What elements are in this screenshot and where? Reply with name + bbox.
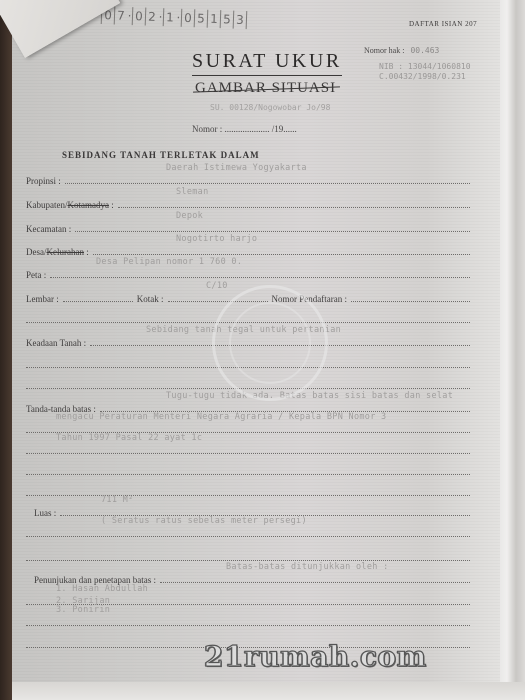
field-value: C/10	[206, 281, 228, 291]
field-peta: Peta : Desa Pelipan nomor 1 760 0.	[26, 266, 470, 280]
field-label: Kecamatan :	[26, 224, 71, 234]
blank-line	[26, 356, 470, 370]
dotted-line	[26, 321, 470, 323]
dotted-line	[118, 206, 470, 208]
field-tanda-batas-line: Tahun 1997 Pasal 22 ayat 1c	[26, 442, 470, 456]
dotted-line	[160, 581, 470, 583]
blank-line	[26, 463, 470, 477]
section-heading: SEBIDANG TANAH TERLETAK DALAM	[62, 150, 260, 160]
reg-digit-box: 7	[114, 6, 128, 24]
field-kecamatan: Kecamatan : Depok	[26, 220, 470, 234]
field-propinsi: Propinsi : Daerah Istimewa Yogyakarta	[26, 172, 470, 186]
dotted-line	[26, 387, 470, 389]
field-label: Kabupaten/Kotamadya :	[26, 200, 114, 210]
su-reference: SU. 00128/Nogowobar Jo/98	[210, 103, 330, 112]
form-code: DAFTAR ISIAN 207	[409, 20, 477, 28]
nomor-line: Nomor : .................... /19......	[192, 124, 297, 134]
label-suffix: :	[109, 200, 114, 210]
land-certificate-page: 04·07·02·1·05153 DAFTAR ISIAN 207 SURAT …	[12, 0, 500, 690]
dotted-line	[50, 276, 470, 278]
dotted-line	[63, 301, 133, 302]
photo-scene: 04·07·02·1·05153 DAFTAR ISIAN 207 SURAT …	[0, 0, 525, 700]
blank-line	[26, 377, 470, 391]
field-value: 1. Hasan Abdullah	[56, 584, 148, 594]
reg-digit-box: 3	[233, 11, 248, 29]
dotted-line	[65, 182, 470, 184]
site-watermark: 21rumah.com	[204, 640, 427, 673]
field-value: Sleman	[176, 187, 209, 197]
field-penunjukan-line: 2. Sarijan 3. Ponirin	[26, 614, 470, 628]
field-kabupaten: Kabupaten/Kotamadya : Sleman	[26, 196, 470, 210]
dotted-line	[26, 366, 470, 368]
dotted-line	[93, 253, 470, 255]
field-value: Desa Pelipan nomor 1 760 0.	[96, 257, 242, 267]
field-label: Peta :	[26, 270, 46, 280]
nomor-pendaftaran-label: Nomor Pendaftaran :	[272, 294, 347, 304]
field-value: ( Seratus ratus sebelas meter persegi)	[101, 516, 307, 526]
paper-bottom-edge	[12, 682, 525, 700]
label-plain: Desa/	[26, 247, 47, 257]
reg-digit-box: 0	[181, 9, 195, 27]
nomor-hak: Nomor hak : 00.463	[364, 46, 439, 55]
kotak-label: Kotak :	[137, 294, 164, 304]
document-subtitle-struck: GAMBAR SITUASI	[195, 80, 336, 97]
field-value: Daerah Istimewa Yogyakarta	[166, 163, 307, 173]
field-value: Batas-batas ditunjukkan oleh :	[226, 562, 389, 572]
label-struck: Kelurahan	[47, 247, 84, 257]
blank-line	[26, 484, 470, 498]
label-plain: Kabupaten/	[26, 200, 67, 210]
field-value: Depok	[176, 211, 203, 221]
field-label: Keadaan Tanah :	[26, 338, 86, 348]
label-struck: Kotamadya	[67, 200, 108, 210]
field-luas-line: ( Seratus ratus sebelas meter persegi)	[26, 525, 470, 539]
dotted-line	[26, 624, 470, 626]
reg-digit-box: 0	[132, 7, 146, 25]
dotted-line	[26, 452, 470, 454]
dotted-line	[26, 535, 470, 537]
lembar-label: Lembar :	[26, 294, 59, 304]
field-value: Sebidang tanah tegal untuk pertanian	[146, 325, 341, 335]
nomor-hak-value: 00.463	[410, 46, 439, 55]
dotted-line	[168, 301, 268, 302]
field-lembar-kotak: Lembar : Kotak : Nomor Pendaftaran : C/1…	[26, 290, 470, 304]
document-title: SURAT UKUR	[192, 50, 342, 76]
blank-line	[26, 311, 470, 325]
blank-line	[26, 549, 470, 563]
field-penunjukan: Penunjukan dan penetapan batas : Batas-b…	[26, 571, 470, 585]
reg-digit-box: 5	[220, 10, 234, 28]
dotted-line	[351, 300, 470, 302]
dotted-line	[90, 344, 470, 346]
field-label: Luas :	[34, 508, 56, 518]
dotted-line	[26, 559, 470, 561]
nib-stamp: NIB : 13044/1060810 C.00432/1998/0.231	[379, 62, 471, 82]
reg-digit-box: 1	[163, 8, 177, 26]
label-suffix: :	[84, 247, 89, 257]
field-value: Nogotirto harjo	[176, 234, 257, 244]
field-keadaan-tanah: Keadaan Tanah : Sebidang tanah tegal unt…	[26, 334, 470, 348]
dotted-line	[26, 473, 470, 475]
field-value: Tahun 1997 Pasal 22 ayat 1c	[56, 433, 202, 443]
reg-digit-box: 2	[145, 8, 159, 26]
field-value: Tugu-tugu tidak ada. Batas batas sisi ba…	[166, 391, 453, 401]
reg-digit-box: 1	[207, 10, 221, 28]
field-value: mengacu Peraturan Menteri Negara Agraria…	[56, 412, 386, 422]
field-desa: Desa/Kelurahan : Nogotirto harjo	[26, 243, 470, 257]
dotted-line	[75, 230, 470, 232]
field-value: 711 M²	[101, 495, 134, 505]
reg-digit-box: 5	[194, 9, 208, 27]
dotted-line	[26, 494, 470, 496]
nomor-hak-label: Nomor hak :	[364, 46, 404, 55]
field-label: Propinsi :	[26, 176, 61, 186]
field-label: Desa/Kelurahan :	[26, 247, 89, 257]
field-value: 3. Ponirin	[56, 605, 110, 615]
